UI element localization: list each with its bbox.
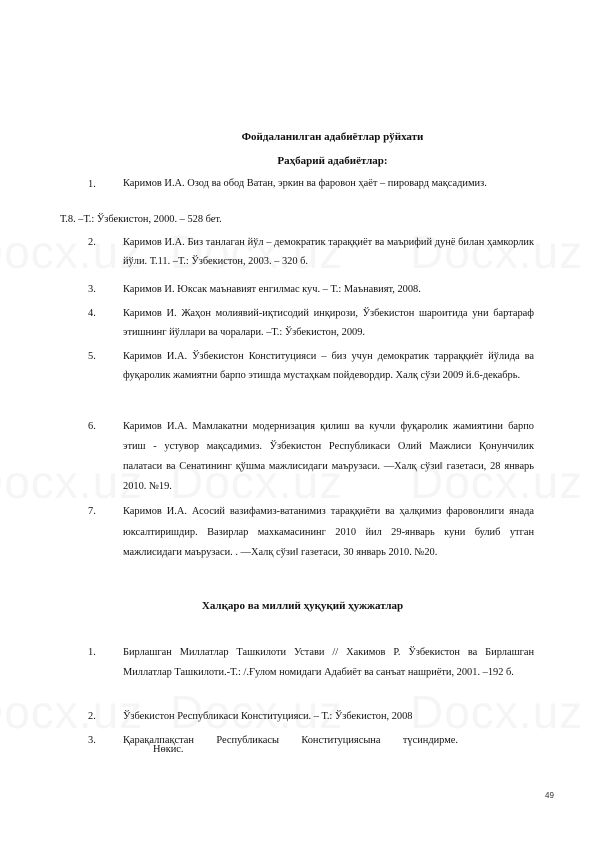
item-number: 6. — [88, 417, 96, 436]
item-text: Каримов И.А. Озод ва обод Ватан, эркин в… — [123, 175, 534, 190]
item-number: 3. — [88, 280, 96, 299]
document-title: Фойдаланилган адабиётлар рўйхати — [35, 131, 595, 143]
item-text: Ўзбекистон Республикаси Конституцияси. –… — [123, 707, 534, 726]
item-text: Бирлашган Миллатлар Ташкилоти Устави // … — [123, 643, 534, 683]
section-title-legal-documents: Халқаро ва миллий ҳуқуқий ҳужжатлар — [0, 600, 595, 612]
item-number: 4. — [88, 304, 96, 323]
reference-continuation: Т.8. –Т.: Ўзбекистон, 2000. – 528 бет. — [60, 214, 222, 225]
item-number: 5. — [88, 347, 96, 366]
document-page: Docx.uz Docx.uz Docx.uz Docx.uz Docx.uz … — [0, 0, 595, 842]
page-number: 49 — [545, 791, 554, 800]
reference-item: 2. Каримов И.А. Биз танлаган йўл – демок… — [88, 233, 534, 271]
reference-item: 7. Каримов И.А. Асосий вазифамиз-ватаним… — [88, 502, 534, 564]
item-text: Каримов И.А. Асосий вазифамиз-ватанимиз … — [123, 502, 534, 564]
reference-item: 1. Бирлашган Миллатлар Ташкилоти Устави … — [88, 643, 534, 683]
reference-item: 3. Қарақалпақстан Республикасы Конституц… — [88, 731, 534, 756]
reference-item: 1. Каримов И.А. Озод ва обод Ватан, эрки… — [88, 175, 534, 190]
item-text: Каримов И.А. Биз танлаган йўл – демократ… — [123, 233, 534, 271]
reference-item: 6. Каримов И.А. Мамлакатни модернизация … — [88, 417, 534, 497]
reference-item: 4. Каримов И. Жаҳон молиявий-иқтисодий и… — [88, 304, 534, 342]
reference-item: 3. Каримов И. Юксак маънавият енгилмас к… — [88, 280, 534, 299]
item-text: Каримов И. Жаҳон молиявий-иқтисодий инқи… — [123, 304, 534, 342]
section-title-guiding-literature: Раҳбарий адабиётлар: — [35, 155, 595, 167]
item-number: 2. — [88, 707, 96, 726]
reference-item: 2. Ўзбекистон Республикаси Конституцияси… — [88, 707, 534, 726]
item-number: 3. — [88, 731, 96, 750]
item-text: Каримов И.А. Мамлакатни модернизация қил… — [123, 417, 534, 497]
item-text: Каримов И. Юксак маънавият енгилмас куч.… — [123, 280, 534, 299]
item-number: 1. — [88, 643, 96, 662]
reference-item: 5. Каримов И.А. Ўзбекистон Конституцияси… — [88, 347, 534, 385]
item-number: 1. — [88, 175, 96, 194]
item-text: Каримов И.А. Ўзбекистон Конституцияси – … — [123, 347, 534, 385]
item-number: 7. — [88, 502, 96, 521]
item-number: 2. — [88, 233, 96, 252]
